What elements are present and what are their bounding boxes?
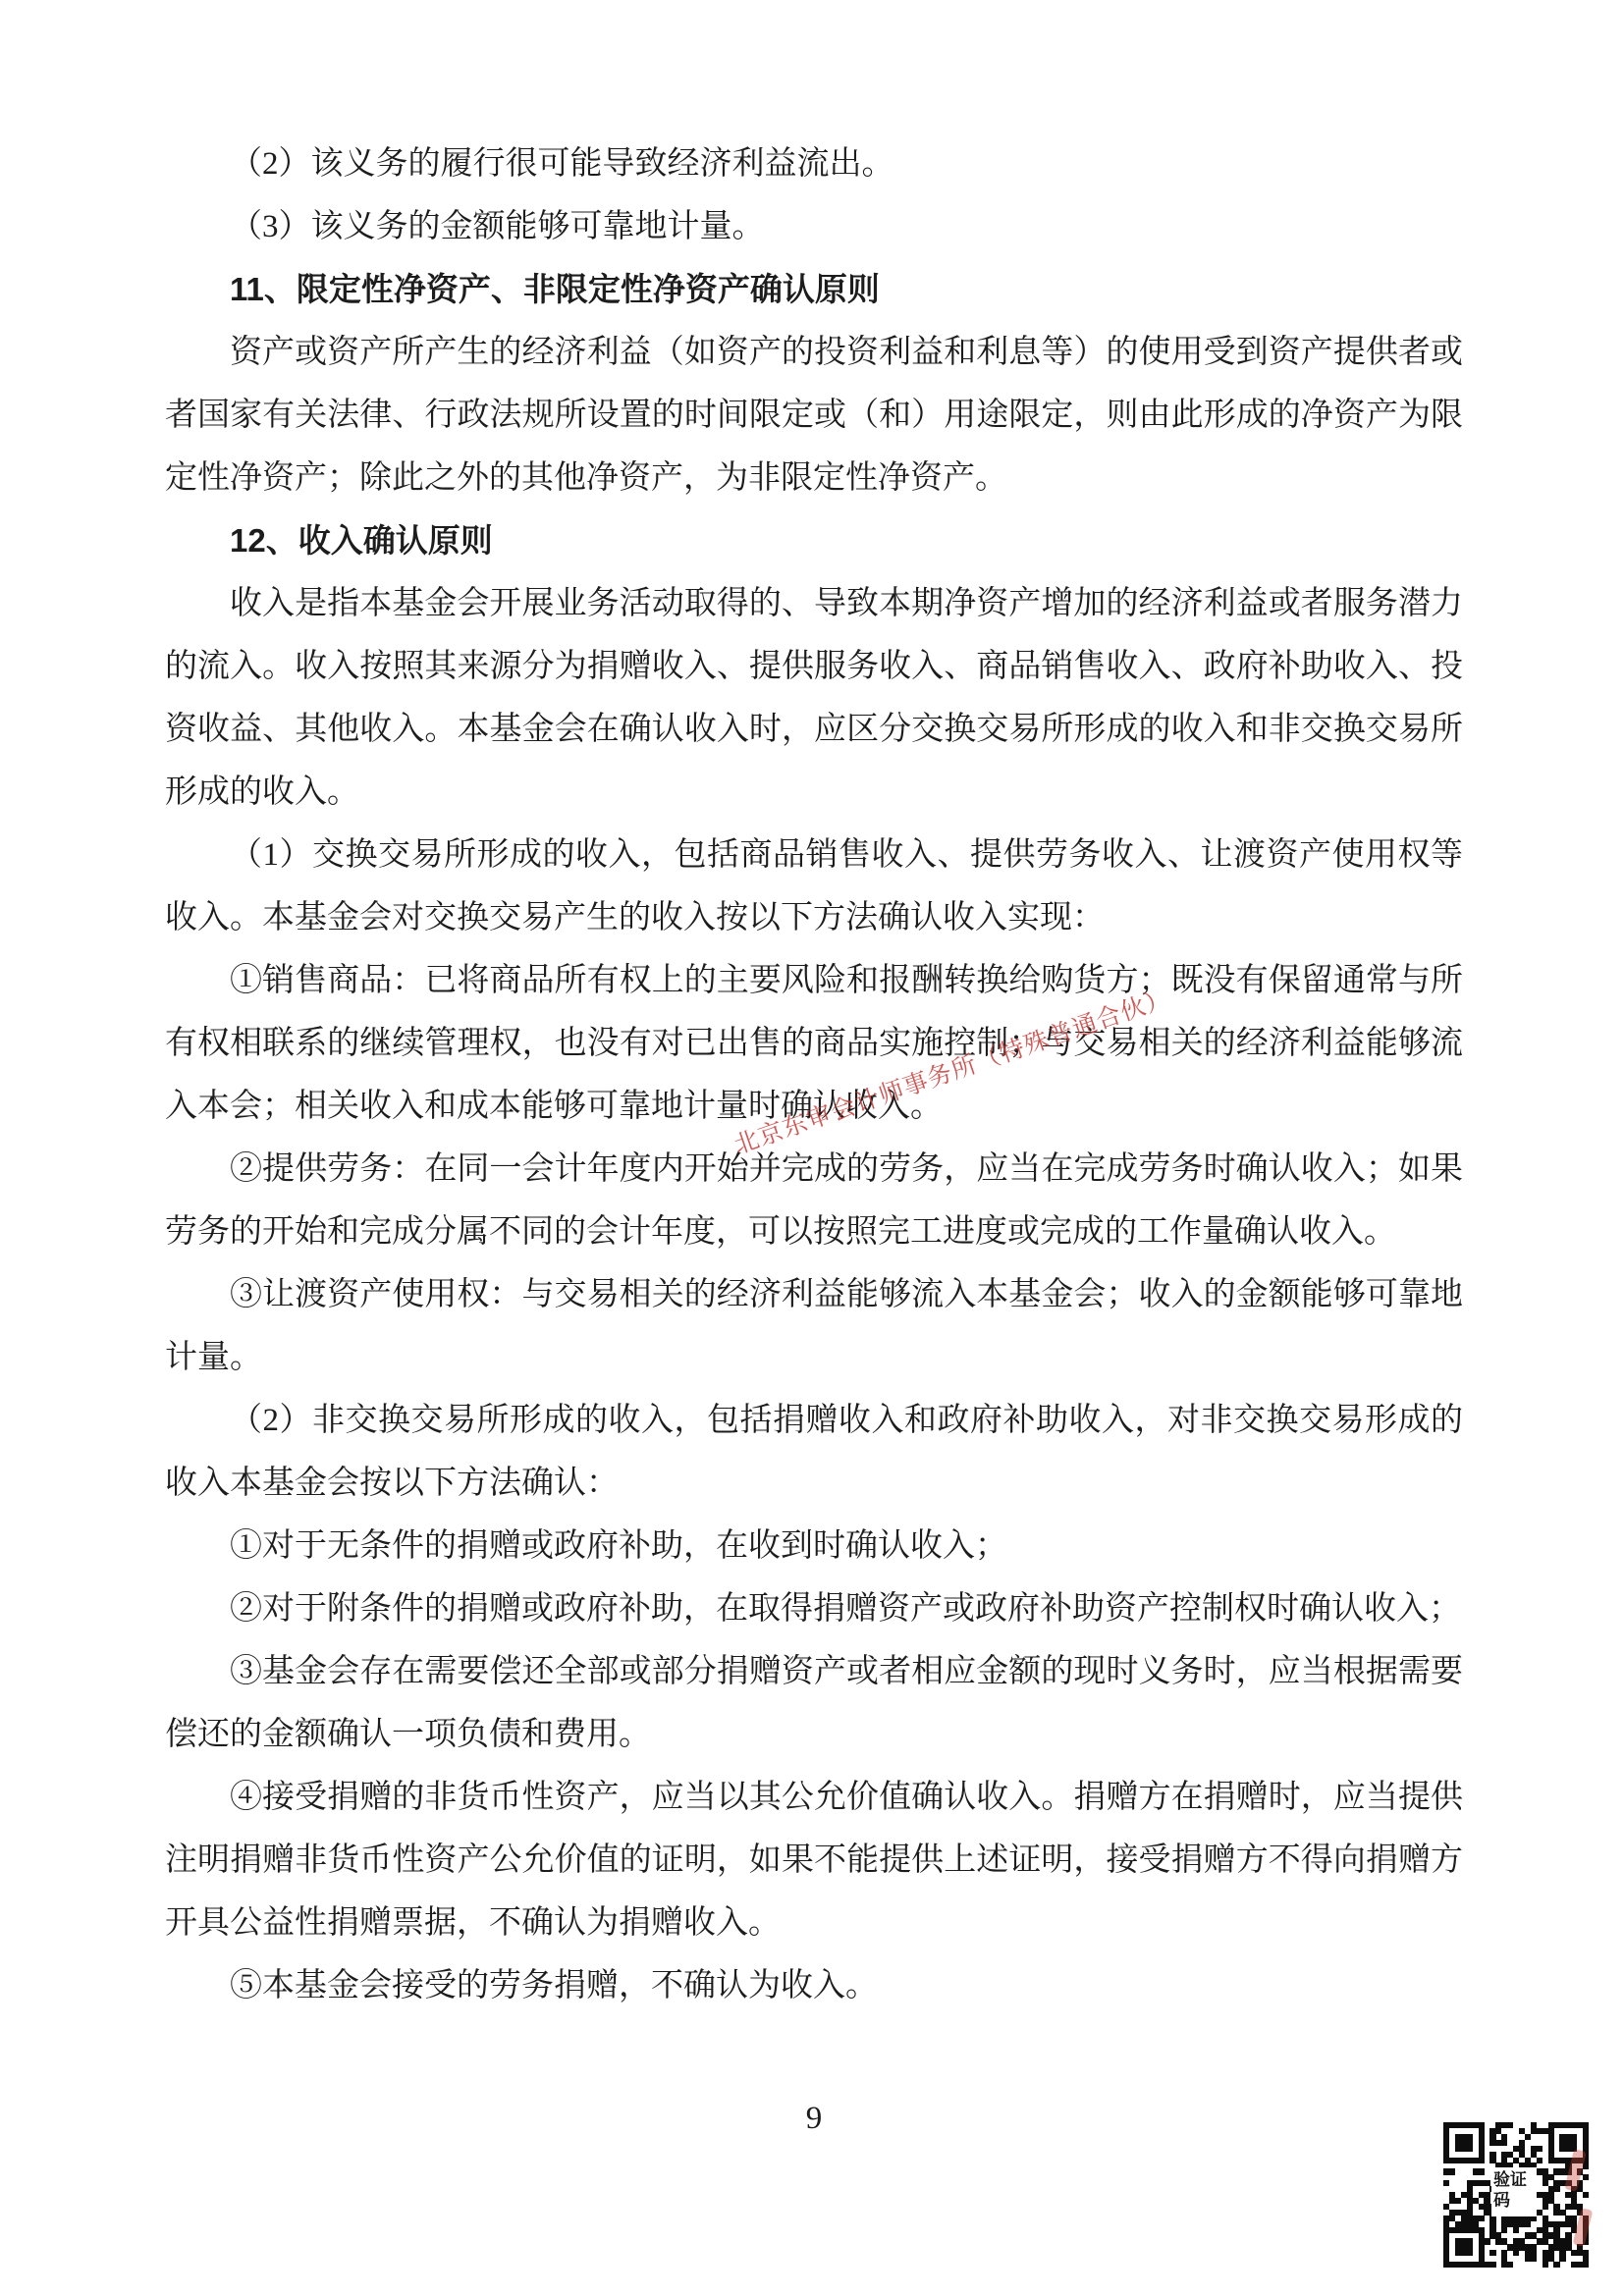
paragraph: ②提供劳务：在同一会计年度内开始并完成的劳务，应当在完成劳务时确认收入；如果劳务… — [165, 1138, 1463, 1263]
paragraph: ③让渡资产使用权：与交易相关的经济利益能够流入本基金会；收入的金额能够可靠地计量… — [165, 1263, 1463, 1389]
section-heading: 11、限定性净资产、非限定性净资产确认原则 — [165, 258, 1463, 321]
paragraph: ①销售商品：已将商品所有权上的主要风险和报酬转换给购货方；既没有保留通常与所有权… — [165, 949, 1463, 1138]
paragraph: ①对于无条件的捐赠或政府补助，在收到时确认收入； — [165, 1515, 1463, 1577]
paragraph: ⑤本基金会接受的劳务捐赠，不确认为收入。 — [165, 1954, 1463, 2017]
paragraph: （1）交换交易所形成的收入，包括商品销售收入、提供劳务收入、让渡资产使用权等收入… — [165, 824, 1463, 949]
paragraph: ④接受捐赠的非货币性资产，应当以其公允价值确认收入。捐赠方在捐赠时，应当提供注明… — [165, 1766, 1463, 1954]
paragraph: （2）非交换交易所形成的收入，包括捐赠收入和政府补助收入，对非交换交易形成的收入… — [165, 1389, 1463, 1515]
section-heading: 12、收入确认原则 — [165, 509, 1463, 572]
paragraph: ②对于附条件的捐赠或政府补助，在取得捐赠资产或政府补助资产控制权时确认收入； — [165, 1577, 1463, 1640]
qr-center-label: 验证码 — [1493, 2169, 1535, 2215]
paragraph: 资产或资产所产生的经济利益（如资产的投资利益和利息等）的使用受到资产提供者或者国… — [165, 321, 1463, 509]
red-stamp-fragment — [1573, 2208, 1594, 2247]
paragraph: ③基金会存在需要偿还全部或部分捐赠资产或者相应金额的现时义务时，应当根据需要偿还… — [165, 1640, 1463, 1766]
page-number: 9 — [165, 2099, 1463, 2138]
paragraph: （2）该义务的履行很可能导致经济利益流出。 — [165, 133, 1463, 195]
document-page: （2）该义务的履行很可能导致经济利益流出。（3）该义务的金额能够可靠地计量。11… — [0, 0, 1624, 2296]
document-body: （2）该义务的履行很可能导致经济利益流出。（3）该义务的金额能够可靠地计量。11… — [165, 133, 1463, 2017]
paragraph: 收入是指本基金会开展业务活动取得的、导致本期净资产增加的经济利益或者服务潜力的流… — [165, 572, 1463, 824]
qr-code: 验证码 — [1443, 2122, 1589, 2268]
paragraph: （3）该义务的金额能够可靠地计量。 — [165, 195, 1463, 258]
